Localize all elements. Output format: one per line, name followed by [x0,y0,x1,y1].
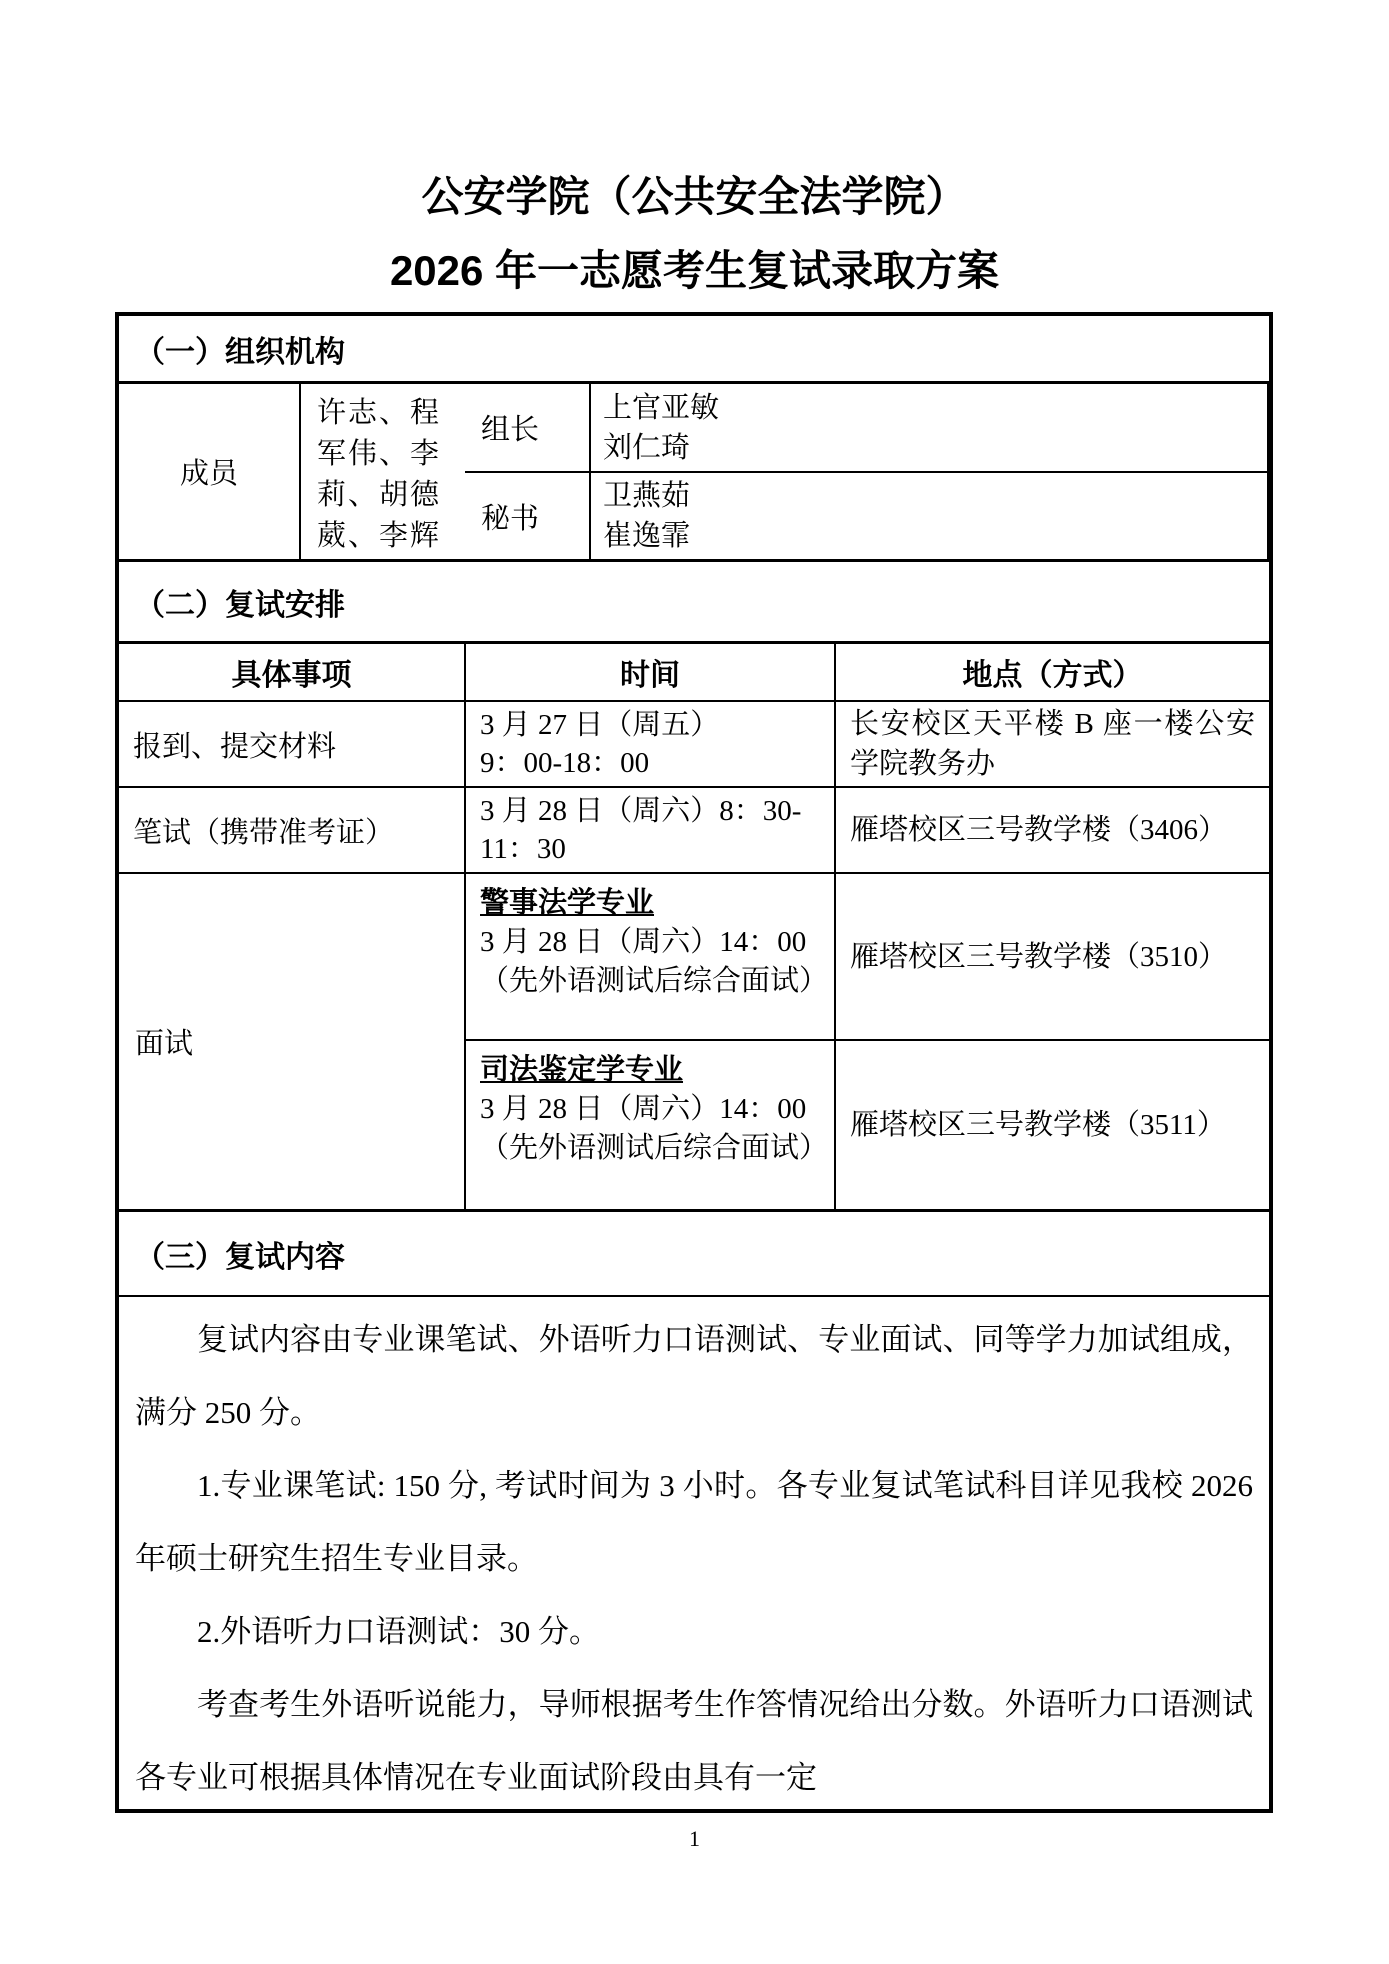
content-section: 复试内容由专业课笔试、外语听力口语测试、专业面试、同等学力加试组成，满分 250… [119,1297,1269,1809]
schedule-row-place: 雁塔校区三号教学楼（3406） [836,788,1269,874]
content-paragraph-4: 考查考生外语听说能力，导师根据考生作答情况给出分数。外语听力口语测试各专业可根据… [135,1668,1253,1809]
section-heading-organization: （一）组织机构 [119,316,1269,384]
interview-major-2: 司法鉴定学专业 [480,1051,683,1090]
title-line-1: 公安学院（公共安全法学院） [0,160,1389,234]
secretary-label-cell: 秘书 [465,473,591,559]
page-number: 1 [0,1826,1389,1852]
interview-session-2: 司法鉴定学专业 3 月 28 日（周六）14：00（先外语测试后综合面试） [466,1041,836,1209]
members-names-cell: 许志、程军伟、李莉、胡德葳、李辉 [301,384,465,559]
content-paragraph-2: 1.专业课笔试: 150 分, 考试时间为 3 小时。各专业复试笔试科目详见我校… [135,1449,1253,1595]
schedule-header-place: 地点（方式） [836,644,1269,702]
leader-label-cell: 组长 [465,384,591,473]
main-table: （一）组织机构 组长 上官亚敏 刘仁琦 成员 许志、程军伟、李莉、胡德葳、李辉 … [115,312,1273,1813]
place-text: 雁塔校区三号教学楼（3511） [850,1105,1226,1145]
secretary-names-cell: 卫燕茹 崔逸霏 [591,473,1269,559]
section-heading-schedule: （二）复试安排 [119,562,1269,644]
schedule-header-time: 时间 [466,644,836,702]
interview-major-1: 警事法学专业 [480,884,654,923]
schedule-row-item: 报到、提交材料 [119,702,466,788]
schedule-row-time: 3 月 27 日（周五） 9：00-18：00 [466,702,836,788]
place-text: 雁塔校区三号教学楼（3406） [850,810,1227,850]
section-heading-content: （三）复试内容 [119,1212,1269,1297]
interview-session-1: 警事法学专业 3 月 28 日（周六）14：00（先外语测试后综合面试） [466,874,836,1041]
interview-label-cell: 面试 [119,874,466,1209]
content-paragraph-3: 2.外语听力口语测试：30 分。 [135,1595,1253,1668]
title-line-2: 2026 年一志愿考生复试录取方案 [0,234,1389,308]
interview-time-1: 3 月 28 日（周六）14：00（先外语测试后综合面试） [480,923,820,1001]
schedule-row-item: 笔试（携带准考证） [119,788,466,874]
content-paragraph-1: 复试内容由专业课笔试、外语听力口语测试、专业面试、同等学力加试组成，满分 250… [135,1303,1253,1449]
organization-table: 组长 上官亚敏 刘仁琦 成员 许志、程军伟、李莉、胡德葳、李辉 秘书 卫燕茹 崔… [119,384,1269,562]
document-page: { "document": { "title_line1": "公安学院（公共安… [0,0,1389,1964]
schedule-table: 具体事项 时间 地点（方式） 报到、提交材料 3 月 27 日（周五） 9：00… [119,644,1269,1212]
interview-time-2: 3 月 28 日（周六）14：00（先外语测试后综合面试） [480,1090,820,1168]
schedule-row-place: 长安校区天平楼 B 座一楼公安学院教务办 [836,702,1269,788]
interview-place-2: 雁塔校区三号教学楼（3511） [836,1041,1269,1209]
place-text: 雁塔校区三号教学楼（3510） [850,937,1227,977]
interview-place-1: 雁塔校区三号教学楼（3510） [836,874,1269,1041]
leader-names-cell: 上官亚敏 刘仁琦 [591,384,1269,473]
place-text: 长安校区天平楼 B 座一楼公安学院教务办 [850,704,1255,784]
document-title: 公安学院（公共安全法学院） 2026 年一志愿考生复试录取方案 [0,0,1389,308]
members-label-cell: 成员 [119,384,301,559]
schedule-row-time: 3 月 28 日（周六）8：30-11：30 [466,788,836,874]
schedule-header-item: 具体事项 [119,644,466,702]
